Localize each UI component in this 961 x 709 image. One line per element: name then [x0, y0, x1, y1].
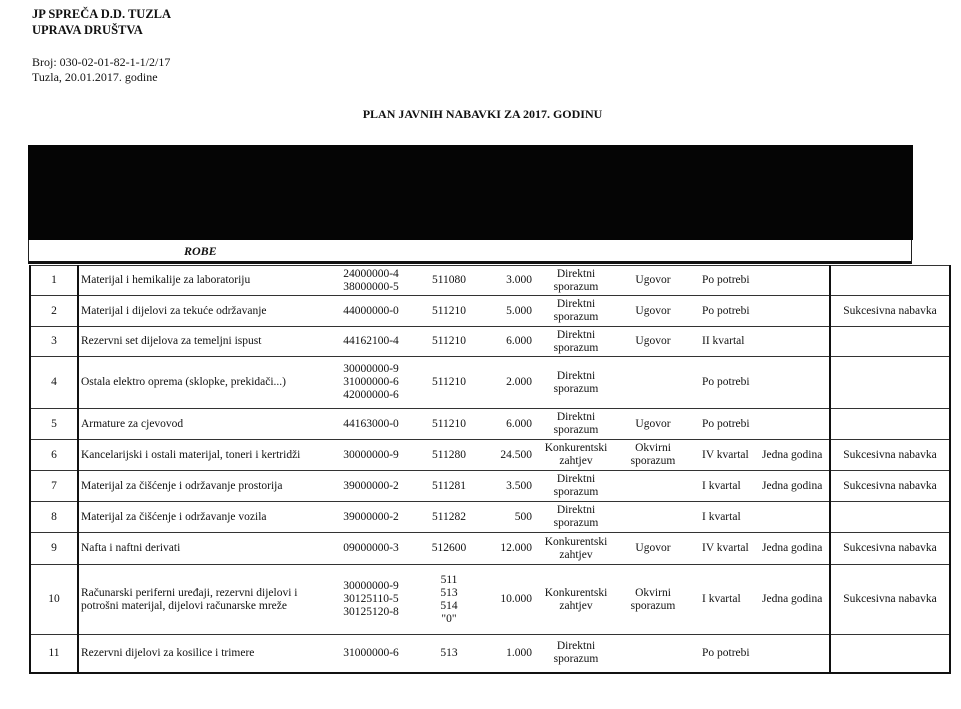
table-row: 10Računarski periferni uređaji, rezervni… [30, 565, 950, 635]
account-codes: 511280 [414, 440, 484, 471]
item-name: Materijal i hemikalije za laboratoriju [78, 266, 328, 296]
item-name: Materijal za čišćenje i održavanje prost… [78, 471, 328, 502]
cpv-codes: 44163000-0 [328, 409, 414, 440]
account-codes: 511513514"0" [414, 565, 484, 635]
cpv-code: 30125110-5 [328, 593, 414, 606]
section-label: ROBE [184, 244, 217, 259]
table-row: 6Kancelarijski i ostali materijal, toner… [30, 440, 950, 471]
account-codes: 511210 [414, 409, 484, 440]
estimated-amount: 3.000 [484, 266, 536, 296]
cpv-code: 24000000-4 [328, 268, 414, 281]
start-period: Po potrebi [690, 296, 756, 327]
start-period: Po potrebi [690, 635, 756, 673]
contract-type: Ugovor [616, 327, 690, 357]
start-period: I kvartal [690, 502, 756, 533]
table-row: 1Materijal i hemikalije za laboratoriju2… [30, 266, 950, 296]
cpv-codes: 31000000-6 [328, 635, 414, 673]
procedure-line: Direktni [536, 298, 616, 311]
cpv-code: 44163000-0 [328, 418, 414, 431]
document-title: PLAN JAVNIH NABAVKI ZA 2017. GODINU [0, 107, 961, 122]
remark [830, 635, 950, 673]
item-name: Materijal i dijelovi za tekuće održavanj… [78, 296, 328, 327]
procurement-plan-table: 1Materijal i hemikalije za laboratoriju2… [29, 265, 951, 674]
organization-name: JP SPREČA D.D. TUZLA [32, 6, 171, 22]
estimated-amount: 24.500 [484, 440, 536, 471]
table-row: 9Nafta i naftni derivati09000000-3512600… [30, 533, 950, 565]
cpv-code: 31000000-6 [328, 647, 414, 660]
procedure-line: Direktni [536, 329, 616, 342]
contract-duration: Jedna godina [756, 565, 830, 635]
item-name: Rezervni set dijelova za temeljni ispust [78, 327, 328, 357]
row-number: 1 [30, 266, 78, 296]
cpv-codes: 24000000-438000000-5 [328, 266, 414, 296]
contract-duration [756, 635, 830, 673]
remark [830, 357, 950, 409]
procurement-procedure: Direktnisporazum [536, 502, 616, 533]
cpv-code: 31000000-6 [328, 376, 414, 389]
document-meta: Broj: 030-02-01-82-1-1/2/17 Tuzla, 20.01… [32, 55, 170, 85]
contract-duration: Jedna godina [756, 533, 830, 565]
account-codes: 512600 [414, 533, 484, 565]
cpv-code: 30000000-9 [328, 363, 414, 376]
contract-duration [756, 409, 830, 440]
row-number: 7 [30, 471, 78, 502]
contract-duration [756, 266, 830, 296]
account-codes: 511282 [414, 502, 484, 533]
procurement-procedure: Direktnisporazum [536, 409, 616, 440]
item-name-line: Računarski periferni uređaji, rezervni d… [81, 587, 328, 600]
procedure-line: Direktni [536, 370, 616, 383]
contract-line: Ugovor [616, 542, 690, 555]
estimated-amount: 3.500 [484, 471, 536, 502]
procurement-procedure: Konkurentskizahtjev [536, 440, 616, 471]
start-period: Po potrebi [690, 266, 756, 296]
cpv-codes: 09000000-3 [328, 533, 414, 565]
cpv-codes: 30000000-931000000-642000000-6 [328, 357, 414, 409]
row-number: 9 [30, 533, 78, 565]
item-name: Materijal za čišćenje i održavanje vozil… [78, 502, 328, 533]
estimated-amount: 12.000 [484, 533, 536, 565]
contract-duration [756, 327, 830, 357]
procurement-procedure: Direktnisporazum [536, 266, 616, 296]
contract-type: Ugovor [616, 533, 690, 565]
procurement-procedure: Direktnisporazum [536, 296, 616, 327]
procedure-line: zahtjev [536, 455, 616, 468]
item-name-line: potrošni materijal, dijelovi računarske … [81, 600, 328, 613]
procedure-line: sporazum [536, 383, 616, 396]
row-number: 8 [30, 502, 78, 533]
procedure-line: Konkurentski [536, 536, 616, 549]
contract-line: sporazum [616, 600, 690, 613]
account-codes: 511210 [414, 357, 484, 409]
procedure-line: sporazum [536, 653, 616, 666]
contract-type [616, 357, 690, 409]
contract-duration: Jedna godina [756, 440, 830, 471]
remark: Sukcesivna nabavka [830, 440, 950, 471]
account-codes: 511210 [414, 296, 484, 327]
item-name: Ostala elektro oprema (sklopke, prekidač… [78, 357, 328, 409]
contract-type: Ugovor [616, 296, 690, 327]
contract-type [616, 502, 690, 533]
account-code: 511280 [414, 449, 484, 462]
estimated-amount: 6.000 [484, 409, 536, 440]
section-row-robe: ROBE [28, 240, 912, 264]
remark: Sukcesivna nabavka [830, 565, 950, 635]
start-period: Po potrebi [690, 409, 756, 440]
remark: Sukcesivna nabavka [830, 296, 950, 327]
procedure-line: sporazum [536, 486, 616, 499]
cpv-code: 39000000-2 [328, 511, 414, 524]
account-code: 511282 [414, 511, 484, 524]
contract-line: Okvirni [616, 442, 690, 455]
remark [830, 502, 950, 533]
contract-type [616, 471, 690, 502]
cpv-codes: 44162100-4 [328, 327, 414, 357]
contract-line: Ugovor [616, 274, 690, 287]
contract-duration [756, 502, 830, 533]
cpv-code: 30125120-8 [328, 606, 414, 619]
item-name: Armature za cjevovod [78, 409, 328, 440]
account-codes: 511080 [414, 266, 484, 296]
item-name: Kancelarijski i ostali materijal, toneri… [78, 440, 328, 471]
table-row: 8Materijal za čišćenje i održavanje vozi… [30, 502, 950, 533]
redacted-table-header [28, 145, 913, 240]
table-row: 5Armature za cjevovod44163000-05112106.0… [30, 409, 950, 440]
item-name: Rezervni dijelovi za kosilice i trimere [78, 635, 328, 673]
account-code: 512600 [414, 542, 484, 555]
contract-line: Ugovor [616, 305, 690, 318]
contract-duration [756, 296, 830, 327]
start-period: IV kvartal [690, 533, 756, 565]
contract-line: Okvirni [616, 587, 690, 600]
procedure-line: Direktni [536, 411, 616, 424]
table-row: 3Rezervni set dijelova za temeljni ispus… [30, 327, 950, 357]
cpv-code: 39000000-2 [328, 480, 414, 493]
estimated-amount: 10.000 [484, 565, 536, 635]
cpv-codes: 39000000-2 [328, 502, 414, 533]
account-code: 513 [414, 647, 484, 660]
account-code: 511210 [414, 418, 484, 431]
procedure-line: sporazum [536, 342, 616, 355]
cpv-codes: 30000000-9 [328, 440, 414, 471]
contract-type: Ugovor [616, 266, 690, 296]
cpv-codes: 44000000-0 [328, 296, 414, 327]
account-code: 511 [414, 574, 484, 587]
estimated-amount: 5.000 [484, 296, 536, 327]
contract-line: sporazum [616, 455, 690, 468]
procedure-line: sporazum [536, 311, 616, 324]
place-date: Tuzla, 20.01.2017. godine [32, 70, 170, 85]
cpv-code: 44000000-0 [328, 305, 414, 318]
account-codes: 511210 [414, 327, 484, 357]
cpv-code: 44162100-4 [328, 335, 414, 348]
row-number: 10 [30, 565, 78, 635]
table-row: 4Ostala elektro oprema (sklopke, prekida… [30, 357, 950, 409]
table-row: 2Materijal i dijelovi za tekuće održavan… [30, 296, 950, 327]
table-row: 11Rezervni dijelovi za kosilice i trimer… [30, 635, 950, 673]
row-number: 6 [30, 440, 78, 471]
remark [830, 327, 950, 357]
row-number: 5 [30, 409, 78, 440]
account-codes: 511281 [414, 471, 484, 502]
account-code: 511080 [414, 274, 484, 287]
table-body: 1Materijal i hemikalije za laboratoriju2… [30, 266, 950, 673]
contract-type [616, 635, 690, 673]
procedure-line: Direktni [536, 504, 616, 517]
procurement-procedure: Konkurentskizahtjev [536, 565, 616, 635]
remark [830, 409, 950, 440]
contract-type: Okvirnisporazum [616, 440, 690, 471]
reference-number: Broj: 030-02-01-82-1-1/2/17 [32, 55, 170, 70]
estimated-amount: 500 [484, 502, 536, 533]
procedure-line: Konkurentski [536, 587, 616, 600]
procurement-procedure: Direktnisporazum [536, 635, 616, 673]
cpv-code: 38000000-5 [328, 281, 414, 294]
contract-type: Okvirnisporazum [616, 565, 690, 635]
cpv-code: 30000000-9 [328, 449, 414, 462]
department-name: UPRAVA DRUŠTVA [32, 22, 171, 38]
account-code: 511210 [414, 305, 484, 318]
contract-duration [756, 357, 830, 409]
start-period: Po potrebi [690, 357, 756, 409]
cpv-code: 09000000-3 [328, 542, 414, 555]
item-name: Računarski periferni uređaji, rezervni d… [78, 565, 328, 635]
account-code: 513 [414, 587, 484, 600]
cpv-codes: 39000000-2 [328, 471, 414, 502]
procedure-line: zahtjev [536, 600, 616, 613]
account-code: 511281 [414, 480, 484, 493]
procurement-procedure: Konkurentskizahtjev [536, 533, 616, 565]
start-period: I kvartal [690, 471, 756, 502]
cpv-code: 42000000-6 [328, 389, 414, 402]
account-code: 511210 [414, 335, 484, 348]
contract-line: Ugovor [616, 418, 690, 431]
remark [830, 266, 950, 296]
account-code: 511210 [414, 376, 484, 389]
procurement-procedure: Direktnisporazum [536, 327, 616, 357]
procedure-line: Direktni [536, 473, 616, 486]
procedure-line: sporazum [536, 281, 616, 294]
row-number: 4 [30, 357, 78, 409]
procedure-line: Direktni [536, 640, 616, 653]
estimated-amount: 1.000 [484, 635, 536, 673]
contract-type: Ugovor [616, 409, 690, 440]
procedure-line: sporazum [536, 517, 616, 530]
table-row: 7Materijal za čišćenje i održavanje pros… [30, 471, 950, 502]
procedure-line: Konkurentski [536, 442, 616, 455]
contract-duration: Jedna godina [756, 471, 830, 502]
contract-line: Ugovor [616, 335, 690, 348]
start-period: II kvartal [690, 327, 756, 357]
procedure-line: sporazum [536, 424, 616, 437]
procedure-line: zahtjev [536, 549, 616, 562]
item-name: Nafta i naftni derivati [78, 533, 328, 565]
cpv-code: 30000000-9 [328, 580, 414, 593]
organization-block: JP SPREČA D.D. TUZLA UPRAVA DRUŠTVA [32, 6, 171, 38]
start-period: I kvartal [690, 565, 756, 635]
cpv-codes: 30000000-930125110-530125120-8 [328, 565, 414, 635]
row-number: 3 [30, 327, 78, 357]
procurement-procedure: Direktnisporazum [536, 471, 616, 502]
remark: Sukcesivna nabavka [830, 471, 950, 502]
account-code: "0" [414, 613, 484, 626]
account-code: 514 [414, 600, 484, 613]
row-number: 2 [30, 296, 78, 327]
start-period: IV kvartal [690, 440, 756, 471]
remark: Sukcesivna nabavka [830, 533, 950, 565]
procurement-procedure: Direktnisporazum [536, 357, 616, 409]
estimated-amount: 6.000 [484, 327, 536, 357]
estimated-amount: 2.000 [484, 357, 536, 409]
row-number: 11 [30, 635, 78, 673]
account-codes: 513 [414, 635, 484, 673]
procedure-line: Direktni [536, 268, 616, 281]
